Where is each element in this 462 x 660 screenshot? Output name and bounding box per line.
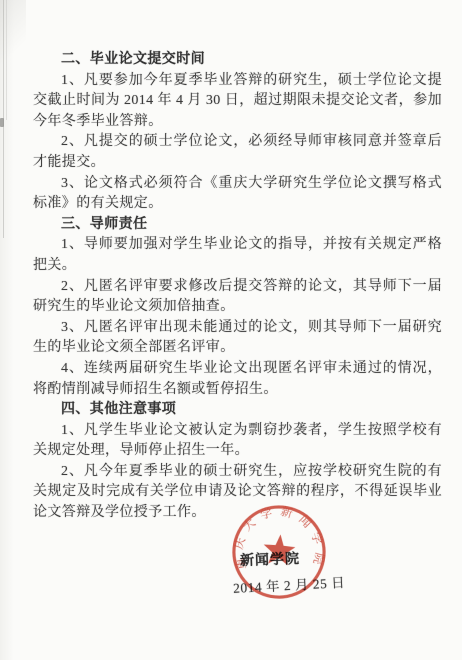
- paragraph: 2、凡匿名评审要求修改后提交答辩的论文，其导师下一届研究生的毕业论文须加倍抽查。: [33, 277, 442, 318]
- document-body: 二、毕业论文提交时间 1、凡要参加今年夏季毕业答辩的研究生，硕士学位论文提交截止…: [33, 50, 442, 524]
- seal-svg: 重庆大学新闻学院: [226, 499, 332, 605]
- section-heading: 三、导师责任: [33, 215, 442, 236]
- paragraph: 3、论文格式必须符合《重庆大学研究生学位论文撰写格式标准》的有关规定。: [33, 174, 442, 215]
- paragraph: 4、连续两届研究生毕业论文出现匿名评审未通过的情况，将酌情削减导师招生名额或暂停…: [33, 359, 442, 400]
- star-icon: [262, 533, 296, 566]
- paragraph: 1、凡学生毕业论文被认定为剽窃抄袭者，学生按照学校有关规定处理，导师停止招生一年…: [33, 421, 442, 462]
- scanned-document-page: 二、毕业论文提交时间 1、凡要参加今年夏季毕业答辩的研究生，硕士学位论文提交截止…: [0, 0, 462, 660]
- scan-edge-line-2: [6, 0, 7, 120]
- section-heading: 四、其他注意事项: [33, 400, 442, 421]
- scan-edge-smudge: [0, 118, 4, 127]
- paragraph: 2、凡提交的硕士学位论文，必须经导师审核同意并签章后才能提交。: [33, 132, 442, 173]
- paragraph: 1、凡要参加今年夏季毕业答辩的研究生，硕士学位论文提交截止时间为 2014 年 …: [33, 71, 442, 133]
- section-heading: 二、毕业论文提交时间: [33, 50, 442, 71]
- paragraph: 3、凡匿名评审出现未能通过的论文，则其导师下一届研究生的毕业论文须全部匿名评审。: [33, 318, 442, 359]
- section-advisor-duty: 三、导师责任 1、导师要加强对学生毕业论文的指导，并按有关规定严格把关。 2、凡…: [33, 215, 442, 400]
- official-seal-stamp: 重庆大学新闻学院: [226, 499, 332, 605]
- paragraph: 1、导师要加强对学生毕业论文的指导，并按有关规定严格把关。: [33, 235, 442, 276]
- section-submission-time: 二、毕业论文提交时间 1、凡要参加今年夏季毕业答辩的研究生，硕士学位论文提交截止…: [33, 50, 442, 215]
